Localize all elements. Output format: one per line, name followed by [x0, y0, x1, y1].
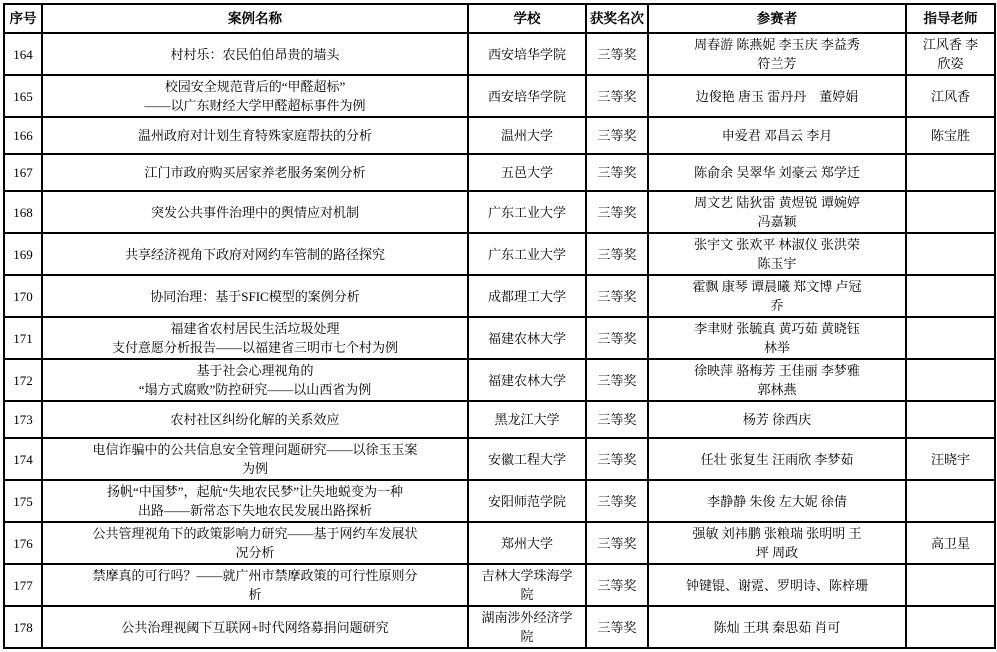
header-row: 序号 案例名称 学校 获奖名次 参赛者 指导老师: [4, 4, 995, 33]
cell-no: 177: [4, 564, 42, 606]
cell-advisor: [906, 564, 995, 606]
cell-case-name: 禁摩真的可行吗？——就广州市禁摩政策的可行性原则分 析: [42, 564, 468, 606]
header-school: 学校: [468, 4, 586, 33]
cell-advisor: 江风香 李 欣姿: [906, 33, 995, 75]
cell-advisor: [906, 401, 995, 438]
cell-advisor: [906, 275, 995, 317]
cell-case-name: 突发公共事件治理中的舆情应对机制: [42, 191, 468, 233]
cell-case-name: 村村乐：农民伯伯昂贵的墙头: [42, 33, 468, 75]
cell-participants: 张宇文 张欢平 林淑仪 张洪荣 陈玉宇: [648, 233, 906, 275]
cell-case-name: 温州政府对计划生育特殊家庭帮扶的分析: [42, 117, 468, 154]
table-row: 174 电信诈骗中的公共信息安全管理问题研究——以徐玉玉案 为例 安徽工程大学 …: [4, 438, 995, 480]
table-row: 164 村村乐：农民伯伯昂贵的墙头 西安培华学院 三等奖 周春游 陈燕妮 李玉庆…: [4, 33, 995, 75]
cell-no: 167: [4, 154, 42, 191]
cell-advisor: [906, 154, 995, 191]
table-row: 176 公共管理视角下的政策影响力研究——基于网约车发展状 况分析 郑州大学 三…: [4, 522, 995, 564]
cell-school: 温州大学: [468, 117, 586, 154]
cell-no: 172: [4, 359, 42, 401]
cell-participants: 申爱君 邓昌云 李月: [648, 117, 906, 154]
cell-no: 168: [4, 191, 42, 233]
cell-no: 170: [4, 275, 42, 317]
cell-school: 郑州大学: [468, 522, 586, 564]
cell-school: 福建农林大学: [468, 317, 586, 359]
table-row: 168 突发公共事件治理中的舆情应对机制 广东工业大学 三等奖 周文艺 陆狄雷 …: [4, 191, 995, 233]
cell-participants: 李静静 朱俊 左大妮 徐倩: [648, 480, 906, 522]
cell-participants: 周文艺 陆狄雷 黄煜锐 谭婉婷 冯嘉颖: [648, 191, 906, 233]
cell-school: 广东工业大学: [468, 191, 586, 233]
cell-participants: 陈灿 王琪 秦思茹 肖可: [648, 606, 906, 648]
cell-advisor: 高卫星: [906, 522, 995, 564]
cell-school: 安徽工程大学: [468, 438, 586, 480]
header-case-name: 案例名称: [42, 4, 468, 33]
table-row: 175 扬帆“中国梦”，起航“失地农民梦”让失地蜕变为一种 出路——新常态下失地…: [4, 480, 995, 522]
cell-school: 福建农林大学: [468, 359, 586, 401]
cell-participants: 杨芳 徐西庆: [648, 401, 906, 438]
table-row: 167 江门市政府购买居家养老服务案例分析 五邑大学 三等奖 陈俞余 吴翠华 刘…: [4, 154, 995, 191]
cell-school: 广东工业大学: [468, 233, 586, 275]
cell-participants: 任壮 张复生 汪雨欣 李梦茹: [648, 438, 906, 480]
header-no: 序号: [4, 4, 42, 33]
cell-case-name: 校园安全规范背后的“甲醛超标” ——以广东财经大学甲醛超标事件为例: [42, 75, 468, 117]
cell-advisor: [906, 606, 995, 648]
table-row: 172 基于社会心理视角的 “塌方式腐败”防控研究——以山西省为例 福建农林大学…: [4, 359, 995, 401]
awards-table: 序号 案例名称 学校 获奖名次 参赛者 指导老师 164 村村乐：农民伯伯昂贵的…: [3, 3, 996, 649]
cell-case-name: 扬帆“中国梦”，起航“失地农民梦”让失地蜕变为一种 出路——新常态下失地农民发展…: [42, 480, 468, 522]
cell-case-name: 福建省农村居民生活垃圾处理 支付意愿分析报告——以福建省三明市七个村为例: [42, 317, 468, 359]
cell-participants: 李聿财 张毓真 黄巧茹 黄晓钰 林举: [648, 317, 906, 359]
cell-award-rank: 三等奖: [586, 117, 648, 154]
cell-school: 成都理工大学: [468, 275, 586, 317]
cell-no: 175: [4, 480, 42, 522]
header-participants: 参赛者: [648, 4, 906, 33]
cell-award-rank: 三等奖: [586, 564, 648, 606]
cell-award-rank: 三等奖: [586, 233, 648, 275]
cell-award-rank: 三等奖: [586, 359, 648, 401]
cell-no: 173: [4, 401, 42, 438]
cell-no: 164: [4, 33, 42, 75]
cell-participants: 陈俞余 吴翠华 刘豪云 郑学迁: [648, 154, 906, 191]
cell-award-rank: 三等奖: [586, 191, 648, 233]
cell-advisor: [906, 233, 995, 275]
cell-no: 174: [4, 438, 42, 480]
cell-participants: 徐映萍 骆梅芳 王佳丽 李梦雅 郭林燕: [648, 359, 906, 401]
cell-award-rank: 三等奖: [586, 154, 648, 191]
cell-no: 176: [4, 522, 42, 564]
table-row: 169 共享经济视角下政府对网约车管制的路径探究 广东工业大学 三等奖 张宇文 …: [4, 233, 995, 275]
table-row: 171 福建省农村居民生活垃圾处理 支付意愿分析报告——以福建省三明市七个村为例…: [4, 317, 995, 359]
cell-school: 西安培华学院: [468, 75, 586, 117]
cell-advisor: [906, 359, 995, 401]
cell-participants: 周春游 陈燕妮 李玉庆 李益秀 符兰芳: [648, 33, 906, 75]
cell-award-rank: 三等奖: [586, 317, 648, 359]
table-header: 序号 案例名称 学校 获奖名次 参赛者 指导老师: [4, 4, 995, 33]
cell-advisor: [906, 317, 995, 359]
cell-school: 湖南涉外经济学 院: [468, 606, 586, 648]
header-award-rank: 获奖名次: [586, 4, 648, 33]
cell-participants: 边俊艳 唐玉 雷丹丹 董婷娟: [648, 75, 906, 117]
cell-school: 吉林大学珠海学 院: [468, 564, 586, 606]
cell-advisor: [906, 480, 995, 522]
cell-case-name: 基于社会心理视角的 “塌方式腐败”防控研究——以山西省为例: [42, 359, 468, 401]
cell-award-rank: 三等奖: [586, 606, 648, 648]
cell-award-rank: 三等奖: [586, 401, 648, 438]
cell-school: 安阳师范学院: [468, 480, 586, 522]
cell-award-rank: 三等奖: [586, 275, 648, 317]
table-row: 173 农村社区纠纷化解的关系效应 黑龙江大学 三等奖 杨芳 徐西庆: [4, 401, 995, 438]
cell-case-name: 公共治理视阈下互联网+时代网络募捐问题研究: [42, 606, 468, 648]
cell-advisor: 汪晓宇: [906, 438, 995, 480]
table-row: 170 协同治理：基于SFIC模型的案例分析 成都理工大学 三等奖 霍飘 康琴 …: [4, 275, 995, 317]
cell-award-rank: 三等奖: [586, 438, 648, 480]
cell-participants: 钟键锟、谢霓、罗明诗、陈梓珊: [648, 564, 906, 606]
cell-school: 西安培华学院: [468, 33, 586, 75]
cell-award-rank: 三等奖: [586, 75, 648, 117]
cell-advisor: 陈宝胜: [906, 117, 995, 154]
cell-case-name: 共享经济视角下政府对网约车管制的路径探究: [42, 233, 468, 275]
cell-award-rank: 三等奖: [586, 522, 648, 564]
cell-case-name: 公共管理视角下的政策影响力研究——基于网约车发展状 况分析: [42, 522, 468, 564]
cell-case-name: 江门市政府购买居家养老服务案例分析: [42, 154, 468, 191]
cell-advisor: 江风香: [906, 75, 995, 117]
cell-no: 166: [4, 117, 42, 154]
table-row: 165 校园安全规范背后的“甲醛超标” ——以广东财经大学甲醛超标事件为例 西安…: [4, 75, 995, 117]
cell-no: 171: [4, 317, 42, 359]
cell-case-name: 协同治理：基于SFIC模型的案例分析: [42, 275, 468, 317]
table-row: 178 公共治理视阈下互联网+时代网络募捐问题研究 湖南涉外经济学 院 三等奖 …: [4, 606, 995, 648]
cell-school: 五邑大学: [468, 154, 586, 191]
cell-advisor: [906, 191, 995, 233]
cell-participants: 霍飘 康琴 谭晨曦 郑文博 卢冠 乔: [648, 275, 906, 317]
cell-no: 169: [4, 233, 42, 275]
cell-case-name: 电信诈骗中的公共信息安全管理问题研究——以徐玉玉案 为例: [42, 438, 468, 480]
table-row: 177 禁摩真的可行吗？——就广州市禁摩政策的可行性原则分 析 吉林大学珠海学 …: [4, 564, 995, 606]
cell-participants: 强敏 刘祎鹏 张粮瑞 张明明 王 坪 周政: [648, 522, 906, 564]
cell-case-name: 农村社区纠纷化解的关系效应: [42, 401, 468, 438]
cell-school: 黑龙江大学: [468, 401, 586, 438]
header-advisor: 指导老师: [906, 4, 995, 33]
table-body: 164 村村乐：农民伯伯昂贵的墙头 西安培华学院 三等奖 周春游 陈燕妮 李玉庆…: [4, 33, 995, 648]
cell-award-rank: 三等奖: [586, 480, 648, 522]
cell-no: 165: [4, 75, 42, 117]
cell-no: 178: [4, 606, 42, 648]
table-row: 166 温州政府对计划生育特殊家庭帮扶的分析 温州大学 三等奖 申爱君 邓昌云 …: [4, 117, 995, 154]
cell-award-rank: 三等奖: [586, 33, 648, 75]
